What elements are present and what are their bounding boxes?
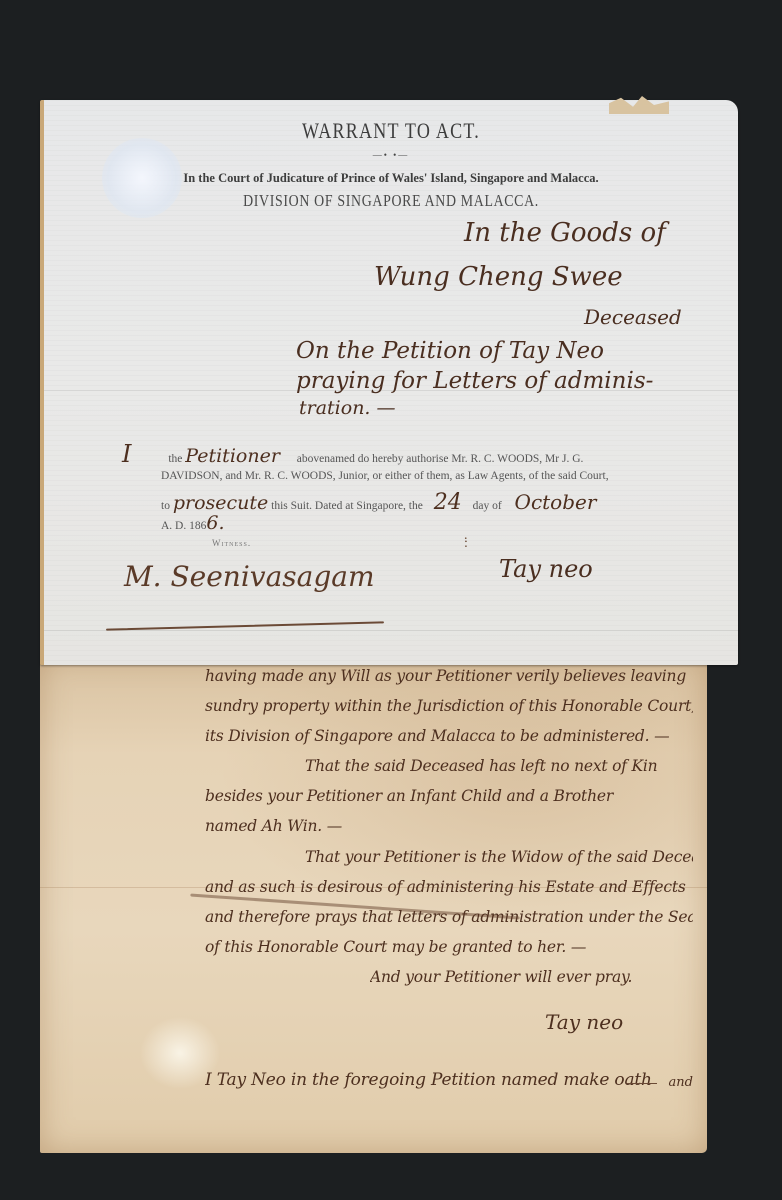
petition-line: and as such is desirous of administering… xyxy=(205,878,693,896)
petition-line: And your Petitioner will ever pray. xyxy=(370,968,693,986)
ornament-divider: —• •— xyxy=(44,150,738,160)
month-handwritten: October xyxy=(515,490,597,514)
year-handwritten: 6. xyxy=(206,512,224,534)
printed-text: day of xyxy=(473,500,502,512)
petition-line: its Division of Singapore and Malacca to… xyxy=(205,727,693,745)
petition-line: of this Honorable Court may be granted t… xyxy=(205,938,693,956)
petition-sheet: having made any Will as your Petitioner … xyxy=(40,655,707,1153)
petition-line: besides your Petitioner an Infant Child … xyxy=(205,787,693,805)
petition-line: That your Petitioner is the Widow of the… xyxy=(305,848,693,866)
petition-line: That the said Deceased has left no next … xyxy=(305,757,693,775)
authorisation-line-3: to prosecute this Suit. Dated at Singapo… xyxy=(161,490,596,515)
petition-note-line: tration. — xyxy=(299,397,396,419)
dash-mark xyxy=(627,1083,657,1084)
division-heading: DIVISION OF SINGAPORE AND MALACCA. xyxy=(100,191,683,211)
printed-text: to xyxy=(161,500,170,512)
authorisation-line-4: A. D. 1866. xyxy=(161,512,225,534)
action-handwritten: prosecute xyxy=(173,492,268,514)
witness-signature: M. Seenivasagam xyxy=(124,560,375,593)
court-heading: In the Court of Judicature of Prince of … xyxy=(44,171,738,186)
authorisation-line-1: I the Petitioner abovenamed do hereby au… xyxy=(122,440,583,468)
printed-text: this Suit. Dated at Singapore, the xyxy=(271,500,423,512)
oath-line: I Tay Neo in the foregoing Petition name… xyxy=(205,1070,693,1090)
torn-corner xyxy=(609,96,669,114)
deceased-label: Deceased xyxy=(584,305,682,329)
witness-label: Witness. xyxy=(212,538,251,548)
petitioner-signature: Tay neo xyxy=(545,1010,623,1034)
petition-note-line: On the Petition of Tay Neo xyxy=(296,338,604,364)
fold-crease xyxy=(44,630,738,631)
authorisation-line-2: DAVIDSON, and Mr. R. C. WOODS, Junior, o… xyxy=(161,470,609,482)
day-handwritten: 24 xyxy=(434,490,462,515)
ink-dots: .: xyxy=(464,532,468,548)
warrant-sheet: WARRANT TO ACT. —• •— In the Court of Ju… xyxy=(40,100,738,665)
pronoun-handwritten: I xyxy=(122,440,131,468)
petition-note-line: praying for Letters of adminis- xyxy=(296,368,653,394)
printed-text: A. D. 186 xyxy=(161,520,206,532)
goods-of-heading: In the Goods of xyxy=(464,218,666,248)
document-title: WARRANT TO ACT. xyxy=(106,118,675,144)
party-handwritten: Petitioner xyxy=(185,445,280,467)
deceased-name: Wung Cheng Swee xyxy=(374,262,623,292)
petitioner-signature: Tay neo xyxy=(499,555,593,583)
continuation-word: and xyxy=(669,1075,693,1090)
petition-line: named Ah Win. — xyxy=(205,817,693,835)
petition-line: sundry property within the Jurisdiction … xyxy=(205,697,693,715)
printed-text: the xyxy=(168,453,182,465)
petition-line: having made any Will as your Petitioner … xyxy=(205,667,693,685)
printed-text: abovenamed do hereby authorise Mr. R. C.… xyxy=(297,453,584,465)
